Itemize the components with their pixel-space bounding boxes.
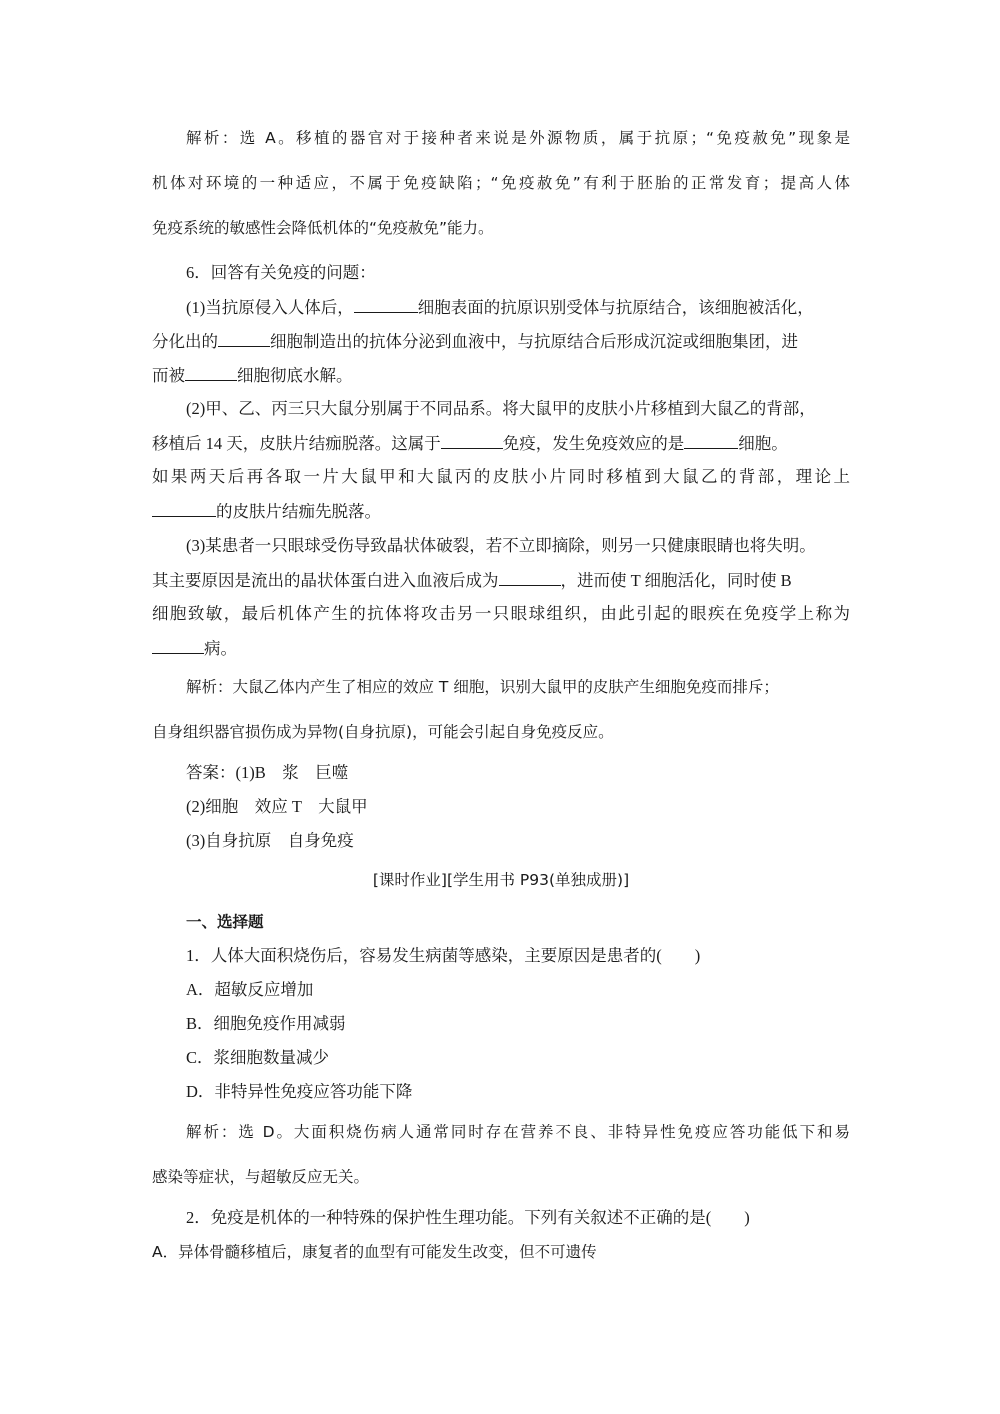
answer-blank[interactable] [185,364,237,381]
q6-part2-line-1: (2)甲、乙、丙三只大鼠分别属于不同品系。将大鼠甲的皮肤小片移植到大鼠乙的背部， [152,398,816,420]
section-title: 一、选择题 [152,911,264,933]
mcq1-analysis-line-2: 感染等症状，与超敏反应无关。 [152,1166,369,1188]
q6-part1-line-2: 分化出的细胞制造出的抗体分泌到血液中，与抗原结合后形成沉淀或细胞集团，进 [152,330,798,353]
q6-part3-line-1: (3)某患者一只眼球受伤导致晶状体破裂，若不立即摘除，则另一只健康眼睛也将失明。 [152,535,816,557]
q6-analysis-line-2: 自身组织器官损伤成为异物(自身抗原)，可能会引起自身免疫反应。 [152,721,614,743]
q6-part3-line-3: 细胞致敏，最后机体产生的抗体将攻击另一只眼球组织，由此引起的眼疾在免疫学上称为 [152,603,850,625]
mcq1-option-c[interactable]: C．浆细胞数量减少 [152,1047,329,1069]
q6-part2-line-3: 如果两天后再各取一片大鼠甲和大鼠丙的皮肤小片同时移植到大鼠乙的背部，理论上 [152,466,850,488]
answer-blank[interactable] [441,432,503,449]
q6-answer-line-3: (3)自身抗原 自身免疫 [152,830,354,852]
mcq1-stem: 1．人体大面积烧伤后，容易发生病菌等感染，主要原因是患者的( ) [152,945,700,967]
mcq2-stem: 2．免疫是机体的一种特殊的保护性生理功能。下列有关叙述不正确的是( ) [152,1207,750,1229]
answer-blank[interactable] [684,432,738,449]
q6-part2-line-4: 的皮肤片结痂先脱落。 [152,500,381,523]
answer-blank[interactable] [499,569,561,586]
mcq1-option-b[interactable]: B．细胞免疫作用减弱 [152,1013,346,1035]
answer-blank[interactable] [152,500,216,517]
q6-part2-line-2: 移植后 14 天，皮肤片结痂脱落。这属于免疫，发生免疫效应的是细胞。 [152,432,788,455]
answer-blank[interactable] [152,637,204,654]
analysis-q5-line-3: 免疫系统的敏感性会降低机体的“免疫赦免”能力。 [152,217,494,239]
mcq1-option-d[interactable]: D．非特异性免疫应答功能下降 [152,1081,412,1103]
q6-part1-line-1: (1)当抗原侵入人体后，细胞表面的抗原识别受体与抗原结合，该细胞被活化， [152,296,814,319]
q6-answer-line-2: (2)细胞 效应 T 大鼠甲 [152,796,368,818]
homework-header: [课时作业][学生用书 P93(单独成册)] [152,869,850,891]
analysis-q5-line-1: 解析：选 A。移植的器官对于接种者来说是外源物质，属于抗原；“免疫赦免”现象是 [152,127,850,149]
mcq1-option-a[interactable]: A．超敏反应增加 [152,979,313,1001]
q6-part3-line-4: 病。 [152,637,237,660]
q6-part3-line-2: 其主要原因是流出的晶状体蛋白进入血液后成为，进而使 T 细胞活化，同时使 B [152,569,792,592]
q6-analysis-line-1: 解析：大鼠乙体内产生了相应的效应 T 细胞，识别大鼠甲的皮肤产生细胞免疫而排斥； [152,676,779,698]
mcq2-option-a[interactable]: A．异体骨髓移植后，康复者的血型有可能发生改变，但不可遗传 [152,1241,597,1263]
analysis-q5-line-2: 机体对环境的一种适应，不属于免疫缺陷；“免疫赦免”有利于胚胎的正常发育；提高人体 [152,172,850,194]
q6-part1-line-3: 而被细胞彻底水解。 [152,364,353,387]
q6-answer-line-1: 答案：(1)B 浆 巨噬 [152,762,348,784]
answer-blank[interactable] [218,330,270,347]
question-6-title: 6．回答有关免疫的问题： [152,262,376,284]
answer-blank[interactable] [354,296,418,313]
mcq1-analysis-line-1: 解析：选 D。大面积烧伤病人通常同时存在营养不良、非特异性免疫应答功能低下和易 [152,1121,850,1143]
